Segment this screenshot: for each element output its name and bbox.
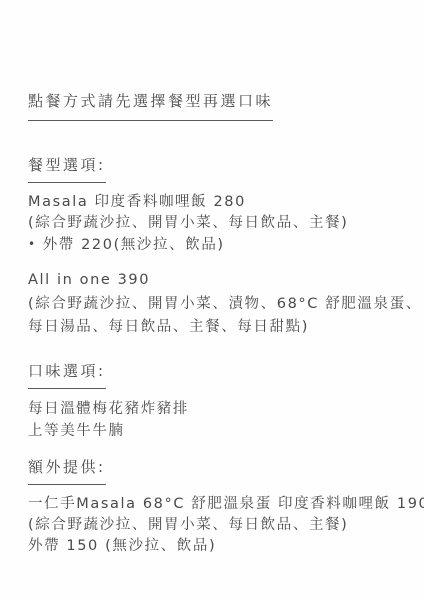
menu-item-all-in-one: All in one 390 [28, 269, 406, 293]
section-heading-flavors: 口味選項: [28, 360, 106, 389]
extra-item-includes: (綜合野蔬沙拉、開胃小菜、每日飲品、主餐) [28, 515, 406, 536]
section-meal-types: 餐型選項: Masala 印度香料咖哩飯 280 (綜合野蔬沙拉、開胃小菜、每日… [28, 121, 406, 340]
menu-item-all-in-one-includes-line1: (綜合野蔬沙拉、開胃小菜、漬物、68°C 舒肥溫泉蛋、 [28, 293, 406, 317]
menu-item-masala-curry: Masala 印度香料咖哩飯 280 [28, 192, 406, 213]
menu-item-masala-takeout-label: 外帶 220(無沙拉、飲品) [43, 237, 225, 253]
section-extras: 額外提供: 一仁手Masala 68°C 舒肥溫泉蛋 印度香料咖哩飯 190 (… [28, 442, 406, 557]
bullet-icon: • [28, 234, 37, 255]
section-flavors: 口味選項: 每日溫體梅花豬炸豬排 上等美牛牛腩 [28, 340, 406, 442]
section-heading-extras: 額外提供: [28, 456, 106, 485]
extra-item-takeout: 外帶 150 (無沙拉、飲品) [28, 536, 406, 557]
extra-item-combo: 一仁手Masala 68°C 舒肥溫泉蛋 印度香料咖哩飯 190 [28, 494, 406, 515]
section-heading-meal-types: 餐型選項: [28, 154, 106, 183]
flavor-item-pork-cutlet: 每日溫體梅花豬炸豬排 [28, 398, 406, 420]
flavor-item-beef-brisket: 上等美牛牛腩 [28, 420, 406, 442]
menu-item-masala-takeout: •外帶 220(無沙拉、飲品) [28, 234, 406, 256]
menu-item-all-in-one-includes-line2: 每日湯品、每日飲品、主餐、每日甜點) [28, 316, 406, 340]
menu-item-masala-includes: (綜合野蔬沙拉、開胃小菜、每日飲品、主餐) [28, 213, 406, 234]
menu-document: 點餐方式請先選擇餐型再選口味 餐型選項: Masala 印度香料咖哩飯 280 … [0, 0, 424, 600]
page-title: 點餐方式請先選擇餐型再選口味 [28, 90, 273, 121]
